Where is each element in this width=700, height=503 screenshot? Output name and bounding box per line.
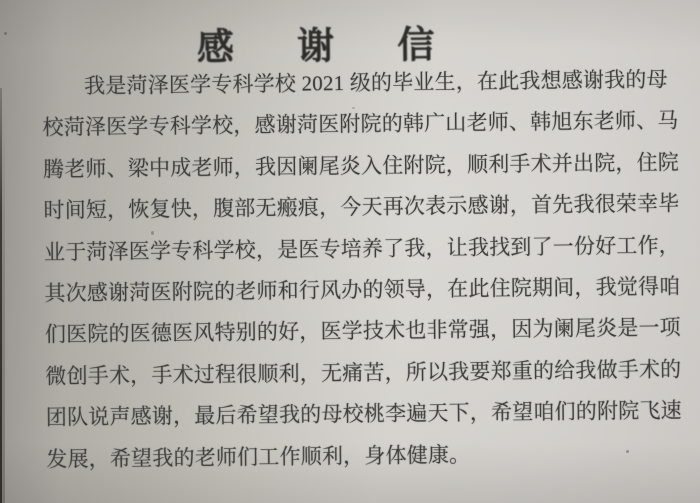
letter-line: 校菏泽医学专科学校，感谢菏医附院的韩广山老师、韩旭东老师、马 [42, 101, 682, 150]
letter-body: 我是菏泽医学专科学校 2021 级的毕业生，在此我想感谢我的母 校菏泽医学专科学… [42, 59, 687, 480]
letter-page: 感 谢 信 我是菏泽医学专科学校 2021 级的毕业生，在此我想感谢我的母 校菏… [0, 0, 700, 503]
letter-line: 腾老师、梁中成老师，我因阑尾炎入住附院，顺利手术并出院，住院 [43, 142, 683, 191]
letter-line: 微创手术，手术过程很顺利，无痛苦，所以我要郑重的给我做手术的 [45, 349, 685, 398]
letter-line: 团队说声感谢，最后希望我的母校桃李遍天下，希望咱们的附院飞速 [46, 390, 686, 439]
letter-line: 们医院的医德医风特别的好，医学技术也非常强，因为阑尾炎是一项 [45, 308, 685, 357]
dust-speck [4, 32, 7, 35]
letter-line: 发展，希望我的老师们工作顺利，身体健康。 [46, 432, 686, 481]
dust-speck [352, 107, 355, 109]
photographed-letter: 感 谢 信 我是菏泽医学专科学校 2021 级的毕业生，在此我想感谢我的母 校菏… [0, 0, 700, 503]
dust-speck [626, 450, 629, 453]
letter-line: 我是菏泽医学专科学校 2021 级的毕业生，在此我想感谢我的母 [42, 59, 682, 108]
dust-speck [151, 231, 154, 235]
letter-line: 其次感谢菏医附院的老师和行风办的领导，在此住院期间，我觉得咱 [44, 266, 684, 315]
letter-line: 业于菏泽医学专科学校，是医专培养了我，让我找到了一份好工作， [44, 225, 684, 274]
letter-line: 时间短，恢复快，腹部无瘢痕，今天再次表示感谢，首先我很荣幸毕 [43, 183, 683, 232]
page-edge-shadow-soft [2, 110, 5, 503]
